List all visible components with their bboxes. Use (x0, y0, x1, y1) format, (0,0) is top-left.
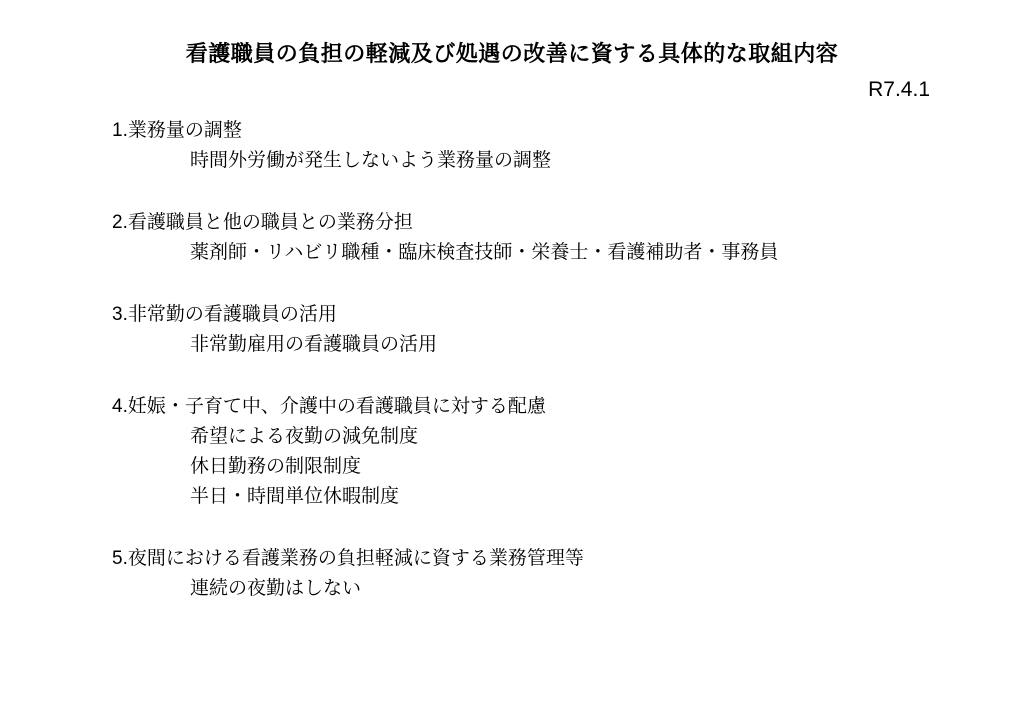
section-heading: 1.業務量の調整 (112, 116, 1024, 146)
section: 5.夜間における看護業務の負担軽減に資する業務管理等連続の夜勤はしない (112, 544, 1024, 604)
section-heading: 4.妊娠・子育て中、介護中の看護職員に対する配慮 (112, 392, 1024, 422)
section-item: 連続の夜勤はしない (190, 574, 1024, 604)
date-label: R7.4.1 (0, 76, 1024, 104)
page-title: 看護職員の負担の軽減及び処遇の改善に資する具体的な取組内容 (0, 0, 1024, 68)
sections-container: 1.業務量の調整時間外労働が発生しないよう業務量の調整2.看護職員と他の職員との… (112, 116, 1024, 604)
section-item: 非常勤雇用の看護職員の活用 (190, 330, 1024, 360)
section: 3.非常勤の看護職員の活用非常勤雇用の看護職員の活用 (112, 300, 1024, 360)
section-item: 薬剤師・リハビリ職種・臨床検査技師・栄養士・看護補助者・事務員 (190, 238, 1024, 268)
section: 1.業務量の調整時間外労働が発生しないよう業務量の調整 (112, 116, 1024, 176)
section-heading: 5.夜間における看護業務の負担軽減に資する業務管理等 (112, 544, 1024, 574)
section-item: 半日・時間単位休暇制度 (190, 482, 1024, 512)
section-item: 希望による夜勤の減免制度 (190, 422, 1024, 452)
section: 2.看護職員と他の職員との業務分担薬剤師・リハビリ職種・臨床検査技師・栄養士・看… (112, 208, 1024, 268)
section-heading: 3.非常勤の看護職員の活用 (112, 300, 1024, 330)
section-heading: 2.看護職員と他の職員との業務分担 (112, 208, 1024, 238)
document-page: 看護職員の負担の軽減及び処遇の改善に資する具体的な取組内容 R7.4.1 1.業… (0, 0, 1024, 724)
section-item: 休日勤務の制限制度 (190, 452, 1024, 482)
section-item: 時間外労働が発生しないよう業務量の調整 (190, 146, 1024, 176)
section: 4.妊娠・子育て中、介護中の看護職員に対する配慮希望による夜勤の減免制度休日勤務… (112, 392, 1024, 512)
